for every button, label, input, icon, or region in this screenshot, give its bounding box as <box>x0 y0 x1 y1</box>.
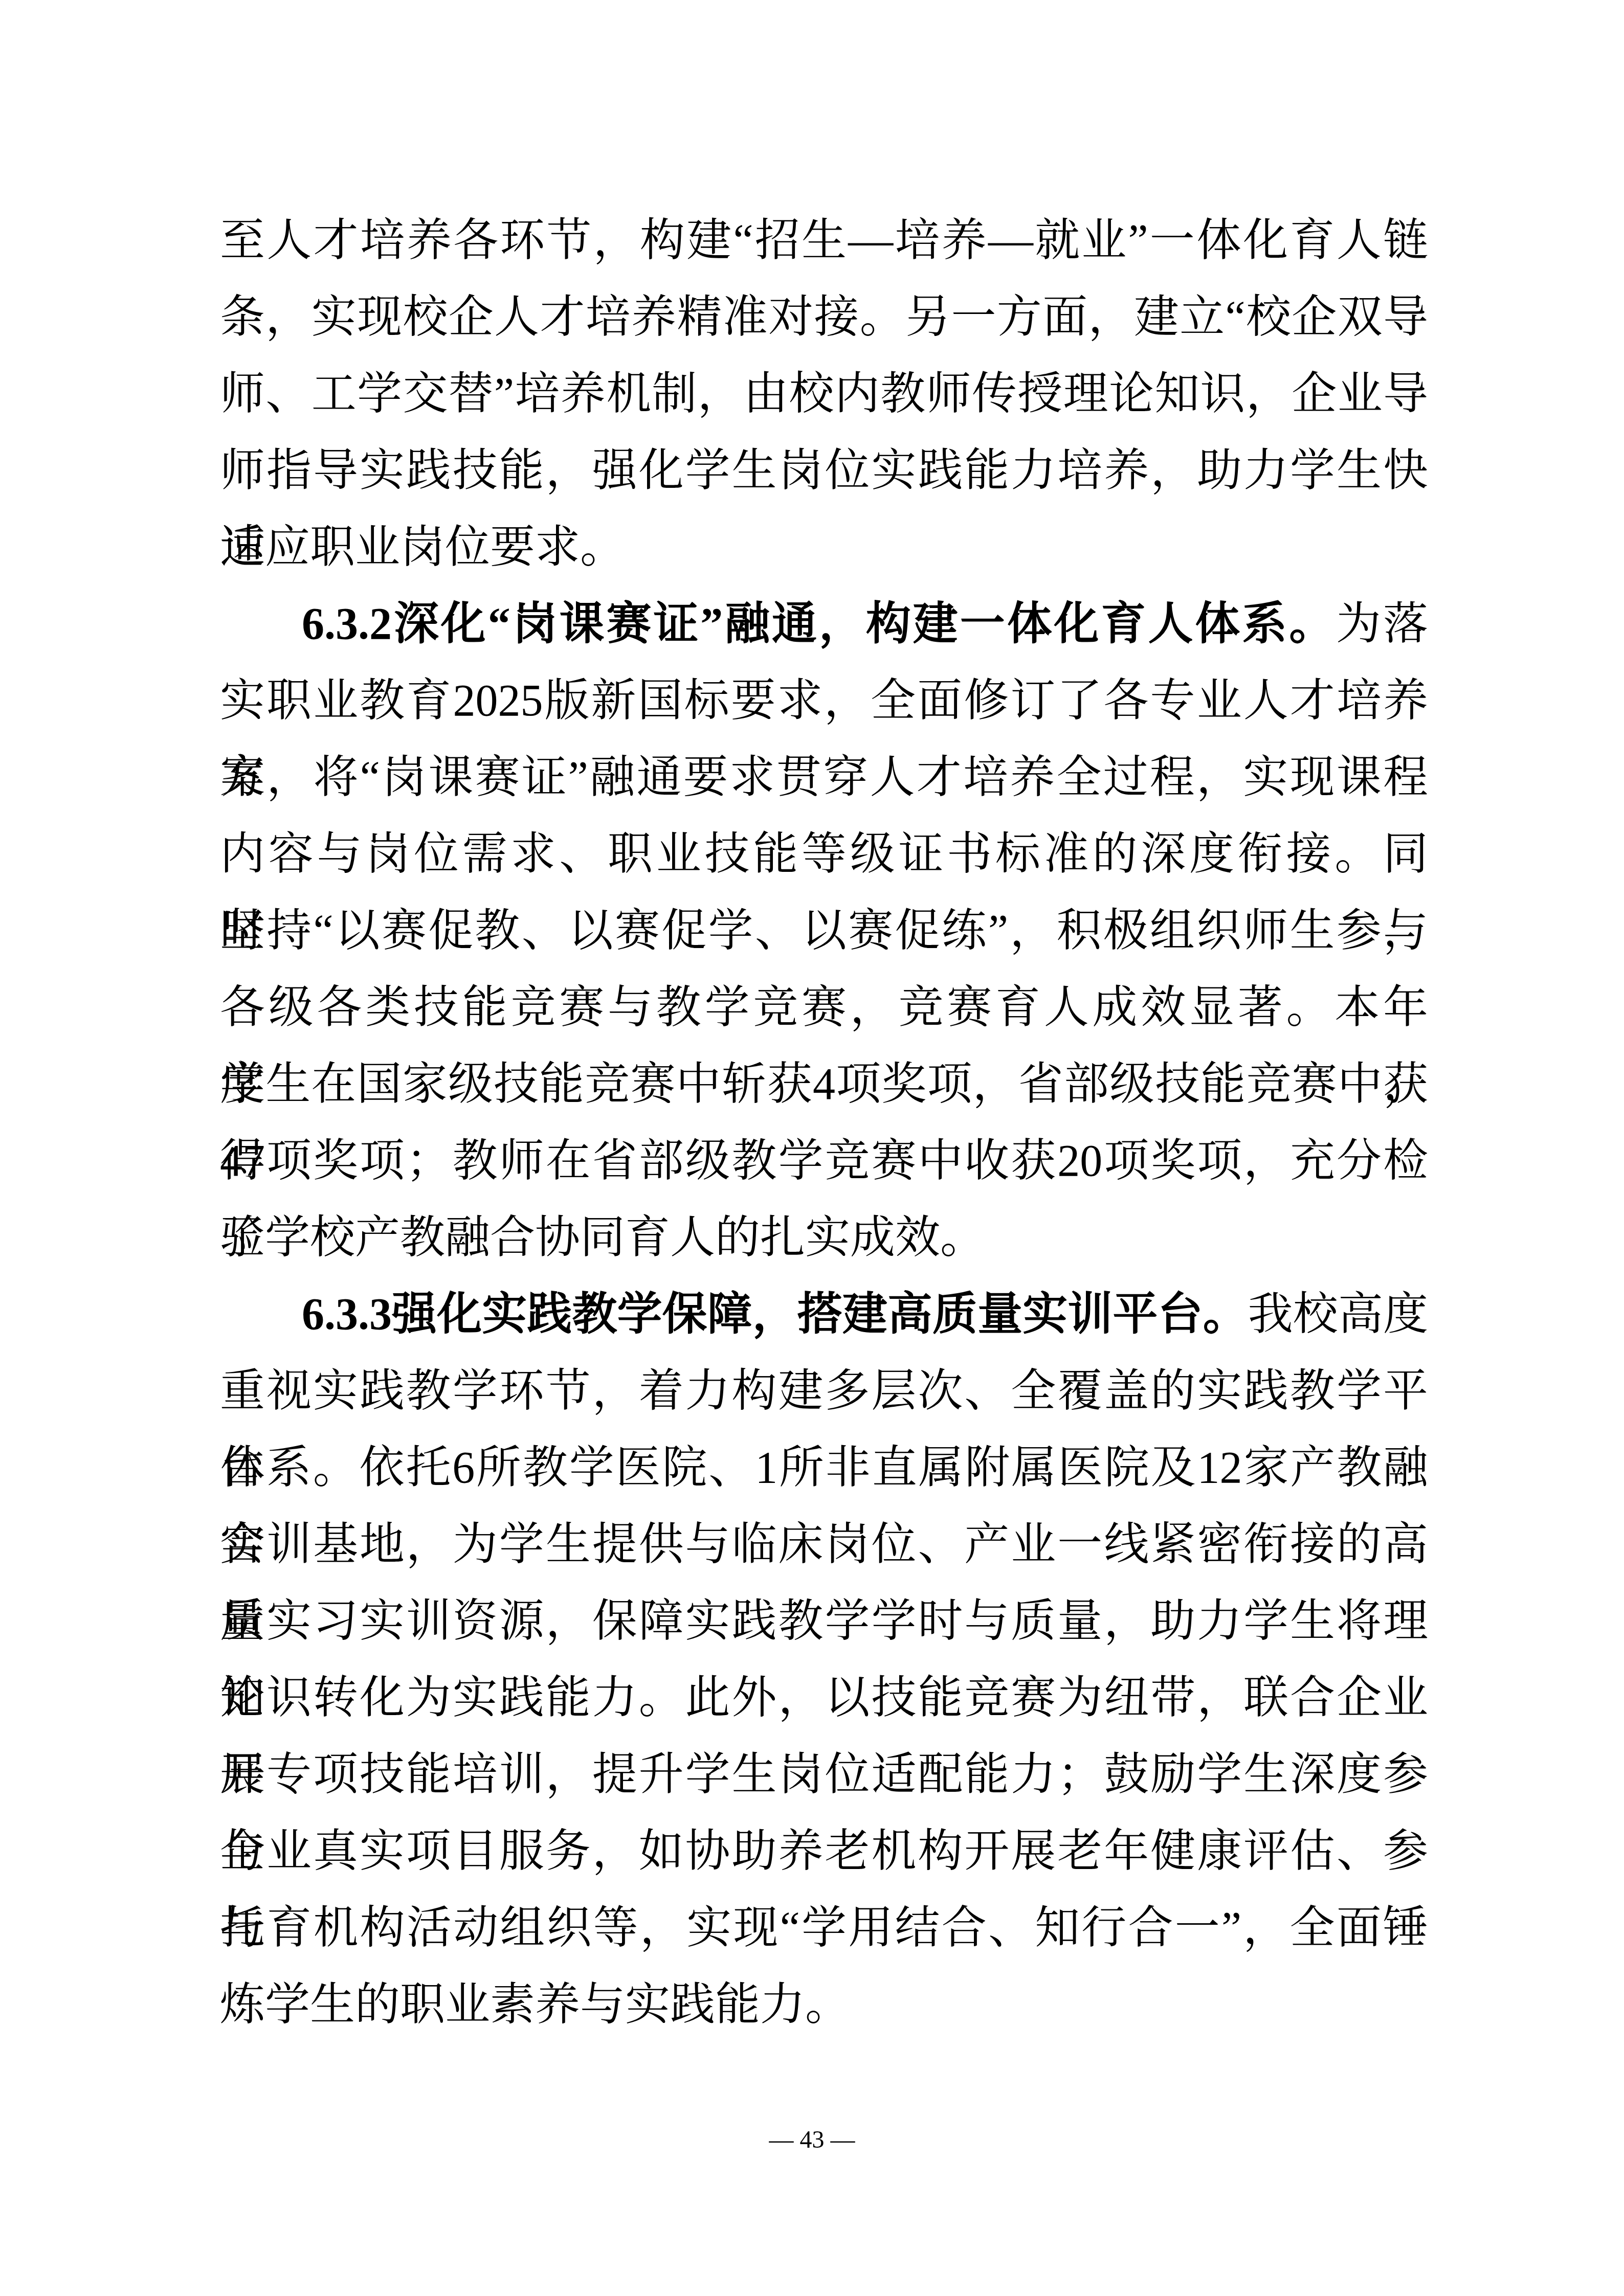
section-heading-run: 6.3.2深化“岗课赛证”融通，构建一体化育人体系。 <box>302 599 1336 649</box>
body-text-run: 条，实现校企人才培养精准对接。另一方面，建立“校企双导 <box>220 292 1428 342</box>
body-text-run: 至人才培养各环节，构建“招生—培养—就业”一体化育人链 <box>220 216 1428 265</box>
body-text-run: 炼学生的职业素养与实践能力。 <box>220 1980 850 2030</box>
body-text-run: 了学校产教融合协同育人的扎实成效。 <box>220 1213 985 1263</box>
text-line: 炼学生的职业素养与实践能力。 <box>220 1967 1428 2043</box>
paragraph-6-3-2: 6.3.2深化“岗课赛证”融通，构建一体化育人体系。为落实职业教育2025版新国… <box>220 586 1428 1276</box>
body-text-run: 适应职业岗位要求。 <box>220 523 625 572</box>
text-line: 内容与岗位需求、职业技能等级证书标准的深度衔接。同时， <box>220 816 1428 893</box>
text-line: 条，实现校企人才培养精准对接。另一方面，建立“校企双导 <box>220 279 1428 356</box>
text-line: 体系。依托6所教学医院、1所非直属附属医院及12家产教融合 <box>220 1430 1428 1506</box>
text-line: 师指导实践技能，强化学生岗位实践能力培养，助力学生快速 <box>220 433 1428 509</box>
text-line: 重视实践教学环节，着力构建多层次、全覆盖的实践教学平台 <box>220 1353 1428 1430</box>
page-footer: — 43 — <box>0 2122 1624 2158</box>
text-line: 学生在国家级技能竞赛中斩获4项奖项，省部级技能竞赛中获得 <box>220 1046 1428 1123</box>
text-line: 托育机构活动组织等，实现“学用结合、知行合一”，全面锤 <box>220 1890 1428 1967</box>
text-line: 展专项技能培训，提升学生岗位适配能力；鼓励学生深度参与 <box>220 1737 1428 1813</box>
body-text-run: 案，将“岗课赛证”融通要求贯穿人才培养全过程，实现课程 <box>220 753 1428 802</box>
page-number: — 43 — <box>769 2126 855 2153</box>
document-body: 至人才培养各环节，构建“招生—培养—就业”一体化育人链条，实现校企人才培养精准对… <box>220 202 1428 2043</box>
text-line: 6.3.2深化“岗课赛证”融通，构建一体化育人体系。为落 <box>220 586 1428 663</box>
paragraph-6-3-3: 6.3.3强化实践教学保障，搭建高质量实训平台。我校高度重视实践教学环节，着力构… <box>220 1276 1428 2043</box>
text-line: 至人才培养各环节，构建“招生—培养—就业”一体化育人链 <box>220 202 1428 279</box>
text-line: 企业真实项目服务，如协助养老机构开展老年健康评估、参与 <box>220 1813 1428 1890</box>
text-line: 案，将“岗课赛证”融通要求贯穿人才培养全过程，实现课程 <box>220 739 1428 816</box>
text-line: 量实习实训资源，保障实践教学学时与质量，助力学生将理论 <box>220 1583 1428 1660</box>
section-heading-run: 6.3.3强化实践教学保障，搭建高质量实训平台。 <box>302 1290 1248 1339</box>
text-line: 47项奖项；教师在省部级教学竞赛中收获20项奖项，充分检验 <box>220 1123 1428 1200</box>
text-line: 知识转化为实践能力。此外，以技能竞赛为纽带，联合企业开 <box>220 1660 1428 1737</box>
text-line: 各级各类技能竞赛与教学竞赛，竞赛育人成效显著。本年度， <box>220 970 1428 1046</box>
body-text-run: 坚持“以赛促教、以赛促学、以赛促练”，积极组织师生参与 <box>220 906 1428 956</box>
text-line: 6.3.3强化实践教学保障，搭建高质量实训平台。我校高度 <box>220 1276 1428 1353</box>
text-line: 了学校产教融合协同育人的扎实成效。 <box>220 1200 1428 1276</box>
text-line: 适应职业岗位要求。 <box>220 509 1428 586</box>
text-line: 实训基地，为学生提供与临床岗位、产业一线紧密衔接的高质 <box>220 1506 1428 1583</box>
text-line: 坚持“以赛促教、以赛促学、以赛促练”，积极组织师生参与 <box>220 893 1428 970</box>
text-line: 实职业教育2025版新国标要求，全面修订了各专业人才培养方 <box>220 663 1428 739</box>
body-text-run: 师、工学交替”培养机制，由校内教师传授理论知识，企业导 <box>220 369 1428 419</box>
text-line: 师、工学交替”培养机制，由校内教师传授理论知识，企业导 <box>220 356 1428 433</box>
body-text-run: 我校高度 <box>1248 1290 1428 1339</box>
body-text-run: 为落 <box>1336 599 1428 649</box>
paragraph-continuation: 至人才培养各环节，构建“招生—培养—就业”一体化育人链条，实现校企人才培养精准对… <box>220 202 1428 586</box>
body-text-run: 托育机构活动组织等，实现“学用结合、知行合一”，全面锤 <box>220 1903 1428 1953</box>
